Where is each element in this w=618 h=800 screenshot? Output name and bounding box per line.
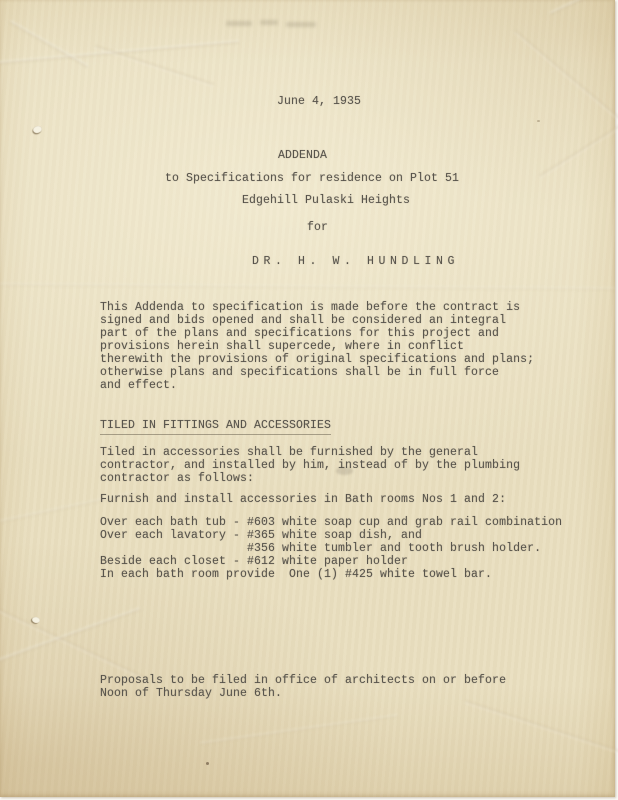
paper-fold-line — [0, 283, 615, 290]
binder-hole — [32, 125, 43, 134]
paper-crease — [539, 120, 618, 178]
scanned-document-page: June 4, 1935 ADDENDA to Specifications f… — [0, 0, 618, 800]
subtitle-location: Edgehill Pulaski Heights — [242, 194, 410, 207]
binder-hole — [32, 616, 41, 623]
document-date: June 4, 1935 — [277, 95, 361, 108]
section-heading: TILED IN FITTINGS AND ACCESSORIES — [100, 419, 331, 435]
subtitle-project: to Specifications for residence on Plot … — [165, 172, 459, 185]
accessory-list: Over each bath tub - #603 white soap cup… — [100, 516, 562, 581]
paper-crease — [0, 607, 141, 665]
ink-bleed-through — [222, 15, 342, 37]
ink-speck — [206, 762, 209, 765]
aged-paper-sheet: June 4, 1935 ADDENDA to Specifications f… — [0, 0, 615, 797]
section-paragraph: Tiled in accessories shall be furnished … — [100, 446, 520, 485]
document-title: ADDENDA — [278, 149, 327, 162]
paper-crease — [549, 0, 618, 15]
paper-crease — [200, 714, 398, 745]
paper-crease — [514, 30, 618, 119]
paper-crease — [0, 40, 239, 65]
subtitle-for: for — [307, 221, 328, 234]
closing-paragraph: Proposals to be filed in office of archi… — [100, 674, 506, 700]
ink-speck — [537, 120, 540, 122]
section-heading-text: TILED IN FITTINGS AND ACCESSORIES — [100, 419, 331, 435]
paper-crease — [0, 600, 148, 681]
paper-crease — [9, 20, 88, 68]
client-name: DR. H. W. HUNDLING — [252, 255, 459, 268]
paper-crease — [465, 700, 618, 772]
intro-paragraph: This Addenda to specification is made be… — [100, 301, 534, 392]
instruction-line: Furnish and install accessories in Bath … — [100, 493, 506, 506]
paper-crease — [95, 45, 215, 86]
